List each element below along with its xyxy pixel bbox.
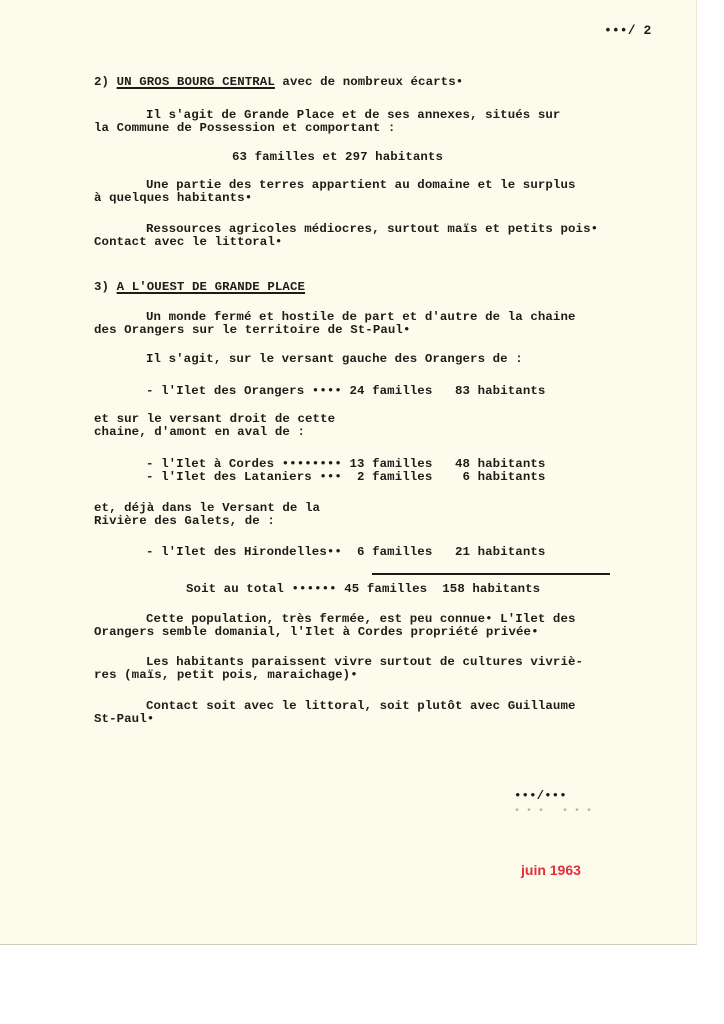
section3-heading: A L'OUEST DE GRANDE PLACE [117, 280, 305, 294]
total-habitants: 158 habitants [442, 582, 540, 596]
section3-intro-right-line1: et sur le versant droit de cette [94, 412, 335, 426]
section2-heading-suffix: avec de nombreux écarts• [275, 75, 463, 89]
section3-para5-line2: St-Paul• [94, 712, 154, 726]
section2-para3-line1: Ressources agricoles médiocres, surtout … [146, 222, 598, 236]
section2-para1-line2: la Commune de Possession et comportant : [94, 121, 395, 135]
section3-para3-line1: Cette population, très fermée, est peu c… [146, 612, 576, 626]
row-name: - l'Ilet des Lataniers ••• [146, 470, 342, 484]
page-marker: •••/ 2 [604, 24, 651, 38]
continuation-marker: •••/••• [514, 789, 567, 803]
row-familles: 2 familles [349, 470, 432, 484]
section3-para1-line2: des Orangers sur le territoire de St-Pau… [94, 323, 411, 337]
row-habitants: 83 habitants [455, 384, 545, 398]
faint-marks: • • • • • • [514, 806, 592, 817]
row-familles: 24 familles [349, 384, 432, 398]
section2-number: 2) [94, 75, 109, 89]
row-habitants: 6 habitants [455, 470, 545, 484]
total-rule [372, 573, 610, 575]
section3-intro-galets-line2: Rivière des Galets, de : [94, 514, 275, 528]
section3-para1-line1: Un monde fermé et hostile de part et d'a… [146, 310, 576, 324]
section3-para4-line2: res (maïs, petit pois, maraichage)• [94, 668, 358, 682]
section2-heading-line: 2) UN GROS BOURG CENTRAL avec de nombreu… [94, 75, 463, 89]
row-habitants: 21 habitants [455, 545, 545, 559]
row-familles: 13 familles [349, 457, 432, 471]
section3-intro-galets-line1: et, déjà dans le Versant de la [94, 501, 320, 515]
row-name: - l'Ilet des Orangers •••• [146, 384, 342, 398]
section2-summary: 63 familles et 297 habitants [232, 150, 443, 164]
row-familles: 6 familles [349, 545, 432, 559]
total-label: Soit au total •••••• [186, 582, 337, 596]
table-row: - l'Ilet des Hirondelles•• 6 familles 21… [146, 545, 545, 559]
section3-number: 3) [94, 280, 109, 294]
section3-intro-right-line2: chaine, d'amont en aval de : [94, 425, 305, 439]
row-name: - l'Ilet des Hirondelles•• [146, 545, 342, 559]
section2-para2-line1: Une partie des terres appartient au doma… [146, 178, 576, 192]
row-habitants: 48 habitants [455, 457, 545, 471]
section2-heading: UN GROS BOURG CENTRAL [117, 75, 275, 89]
section2-para2-line2: à quelques habitants• [94, 191, 252, 205]
table-row: - l'Ilet des Orangers •••• 24 familles 8… [146, 384, 545, 398]
table-row: - l'Ilet des Lataniers ••• 2 familles 6 … [146, 470, 545, 484]
section3-para5-line1: Contact soit avec le littoral, soit plut… [146, 699, 576, 713]
total-row: Soit au total •••••• 45 familles 158 hab… [186, 582, 540, 596]
section3-heading-line: 3) A L'OUEST DE GRANDE PLACE [94, 280, 305, 294]
section2-para1-line1: Il s'agit de Grande Place et de ses anne… [146, 108, 560, 122]
section2-para3-line2: Contact avec le littoral• [94, 235, 282, 249]
date-stamp: juin 1963 [521, 862, 581, 878]
document-page: •••/ 2 2) UN GROS BOURG CENTRAL avec de … [0, 0, 697, 945]
section3-para4-line1: Les habitants paraissent vivre surtout d… [146, 655, 583, 669]
section3-para2: Il s'agit, sur le versant gauche des Ora… [146, 352, 523, 366]
row-name: - l'Ilet à Cordes •••••••• [146, 457, 342, 471]
section3-para3-line2: Orangers semble domanial, l'Ilet à Corde… [94, 625, 539, 639]
table-row: - l'Ilet à Cordes •••••••• 13 familles 4… [146, 457, 545, 471]
total-familles: 45 familles [344, 582, 427, 596]
